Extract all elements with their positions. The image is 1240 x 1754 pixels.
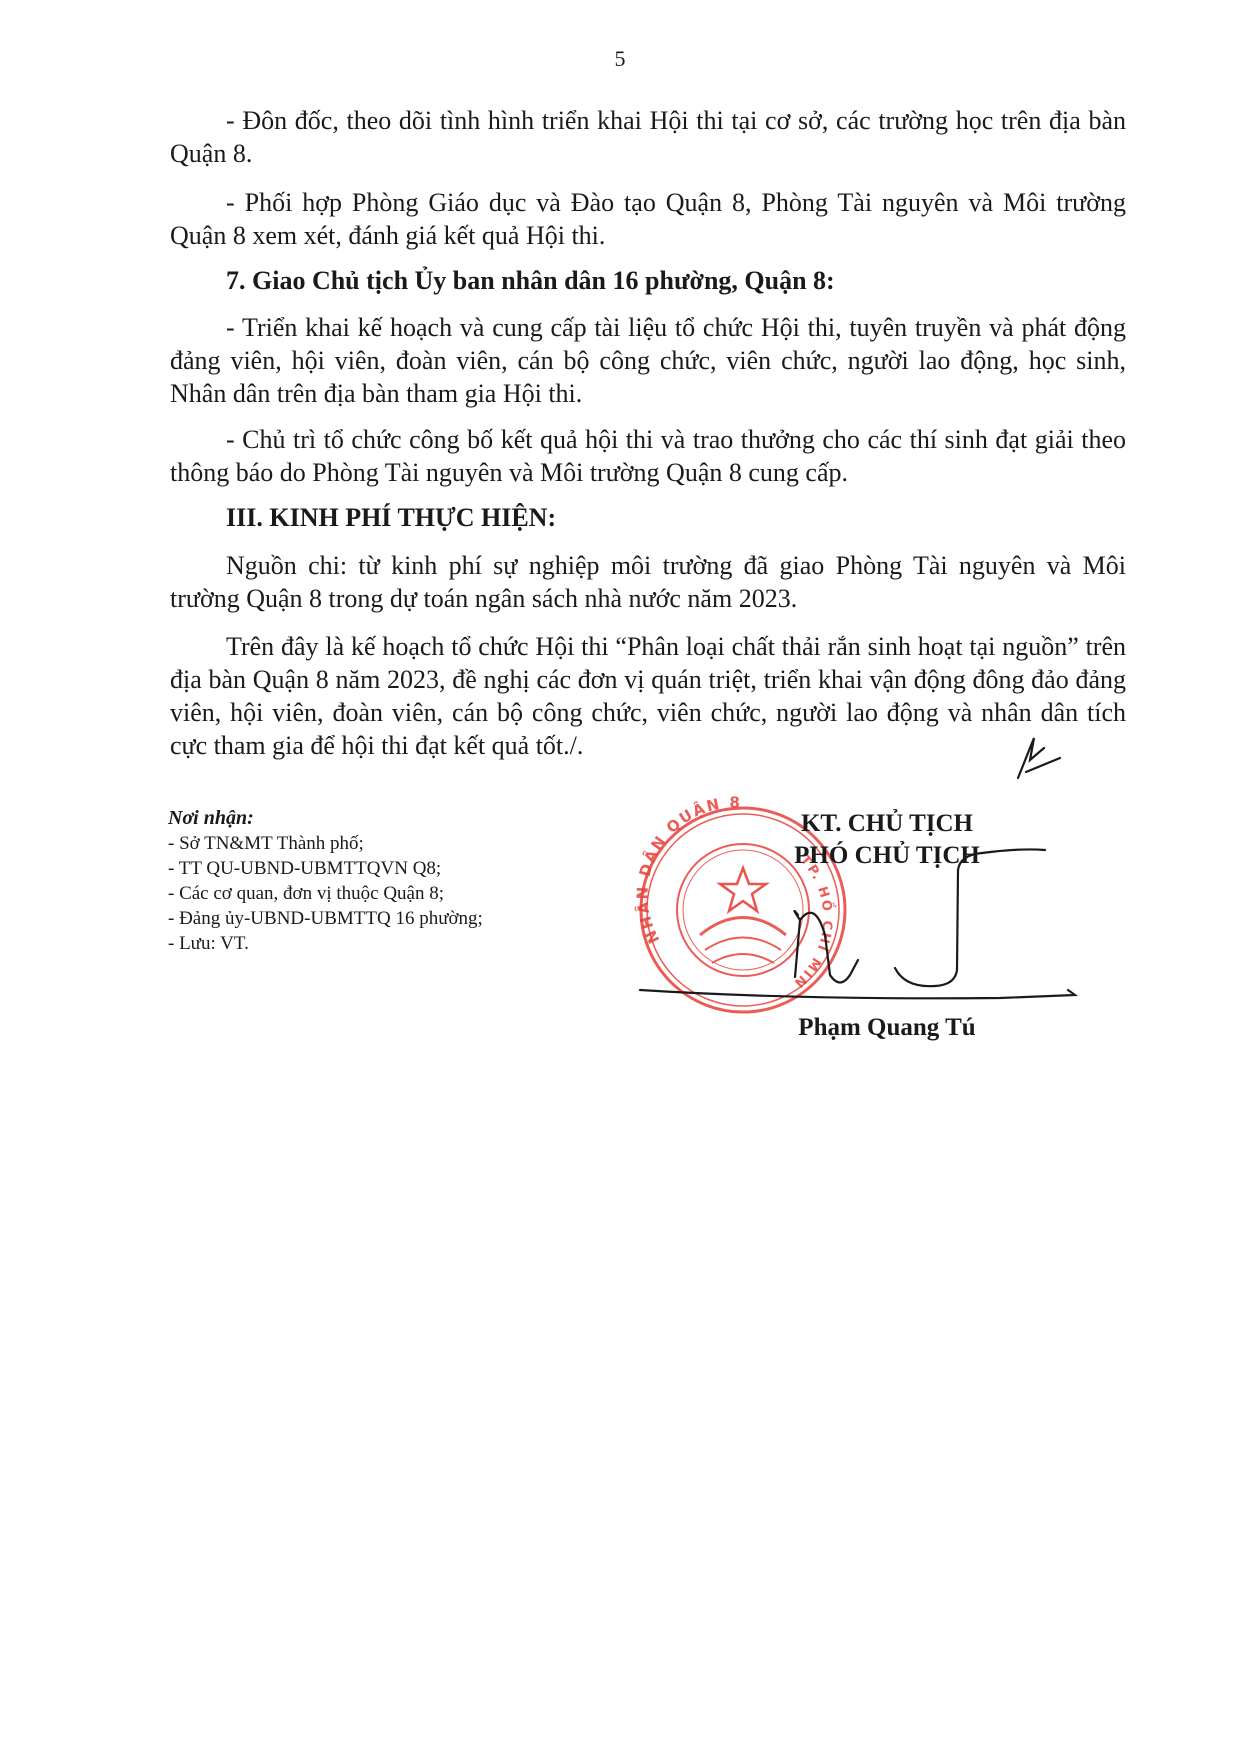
section7-item: - Chủ trì tổ chức công bố kết quả hội th… — [170, 423, 1126, 489]
section7-item: - Triển khai kế hoạch và cung cấp tài li… — [170, 311, 1126, 410]
closing-text: Trên đây là kế hoạch tổ chức Hội thi “Ph… — [170, 630, 1126, 762]
page-number: 5 — [0, 46, 1240, 72]
funding-text: Nguồn chi: từ kinh phí sự nghiệp môi trư… — [170, 549, 1126, 615]
recipients-title: Nơi nhận: — [168, 806, 483, 831]
closing-paragraph: Trên đây là kế hoạch tổ chức Hội thi “Ph… — [170, 630, 1126, 762]
section6-item-text: - Phối hợp Phòng Giáo dục và Đào tạo Quậ… — [170, 186, 1126, 252]
section6-item: - Đôn đốc, theo dõi tình hình triển khai… — [170, 104, 1126, 170]
signer-name: Phạm Quang Tú — [712, 1014, 1062, 1042]
recipient-item: - Lưu: VT. — [168, 931, 483, 956]
recipient-item: - Các cơ quan, đơn vị thuộc Quận 8; — [168, 881, 483, 906]
funding-paragraph: Nguồn chi: từ kinh phí sự nghiệp môi trư… — [170, 549, 1126, 615]
section7-heading: 7. Giao Chủ tịch Ủy ban nhân dân 16 phườ… — [226, 264, 835, 297]
recipients-block: Nơi nhận: - Sở TN&MT Thành phố; - TT QU-… — [168, 806, 483, 956]
section7-item-text: - Triển khai kế hoạch và cung cấp tài li… — [170, 311, 1126, 410]
recipient-item: - Đảng ủy-UBND-UBMTTQ 16 phường; — [168, 906, 483, 931]
signature-title-line2: PHÓ CHỦ TỊCH — [712, 840, 1062, 872]
section6-item: - Phối hợp Phòng Giáo dục và Đào tạo Quậ… — [170, 186, 1126, 252]
section7-item-text: - Chủ trì tổ chức công bố kết quả hội th… — [170, 423, 1126, 489]
section3-heading: III. KINH PHÍ THỰC HIỆN: — [226, 501, 556, 534]
section6-item-text: - Đôn đốc, theo dõi tình hình triển khai… — [170, 104, 1126, 170]
recipient-item: - Sở TN&MT Thành phố; — [168, 831, 483, 856]
recipient-item: - TT QU-UBND-UBMTTQVN Q8; — [168, 856, 483, 881]
signature-title-line1: KT. CHỦ TỊCH — [712, 808, 1062, 840]
